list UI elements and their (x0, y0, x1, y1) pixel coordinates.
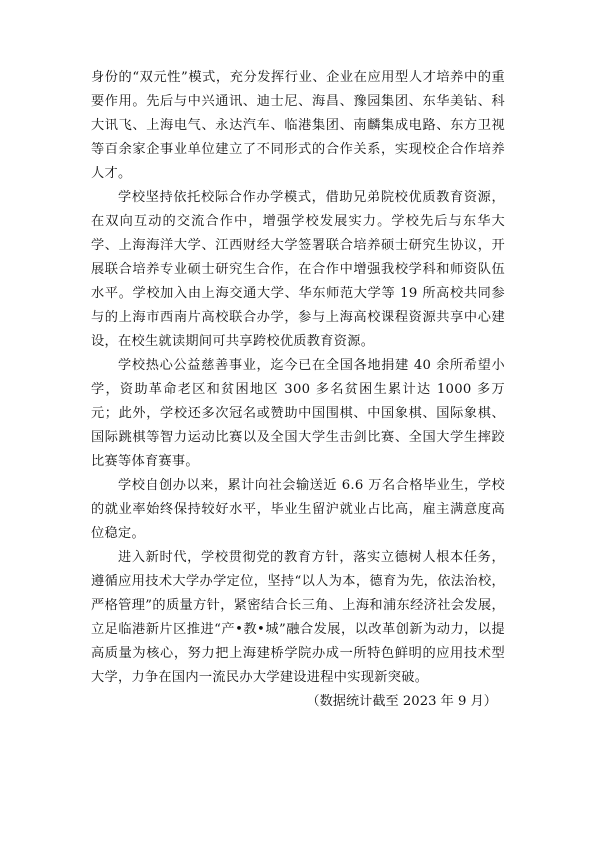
paragraph-inter-university-cooperation: 学校坚持依托校际合作办学模式，借助兄弟院校优质教育资源，在双向互动的交流合作中，… (91, 186, 505, 354)
document-page: 身份的“双元性”模式，充分发挥行业、企业在应用型人才培养中的重要作用。先后与中兴… (91, 66, 505, 714)
paragraph-industry-cooperation: 身份的“双元性”模式，充分发挥行业、企业在应用型人才培养中的重要作用。先后与中兴… (91, 66, 505, 186)
paragraph-charity: 学校热心公益慈善事业，迄今已在全国各地捐建 40 余所希望小学，资助革命老区和贫… (91, 354, 505, 474)
data-cutoff-note: （数据统计截至 2023 年 9 月） (91, 690, 505, 714)
paragraph-graduates: 学校自创办以来，累计向社会输送近 6.6 万名合格毕业生，学校的就业率始终保持较… (91, 474, 505, 546)
paragraph-new-era: 进入新时代，学校贯彻党的教育方针，落实立德树人根本任务，遵循应用技术大学办学定位… (91, 546, 505, 690)
